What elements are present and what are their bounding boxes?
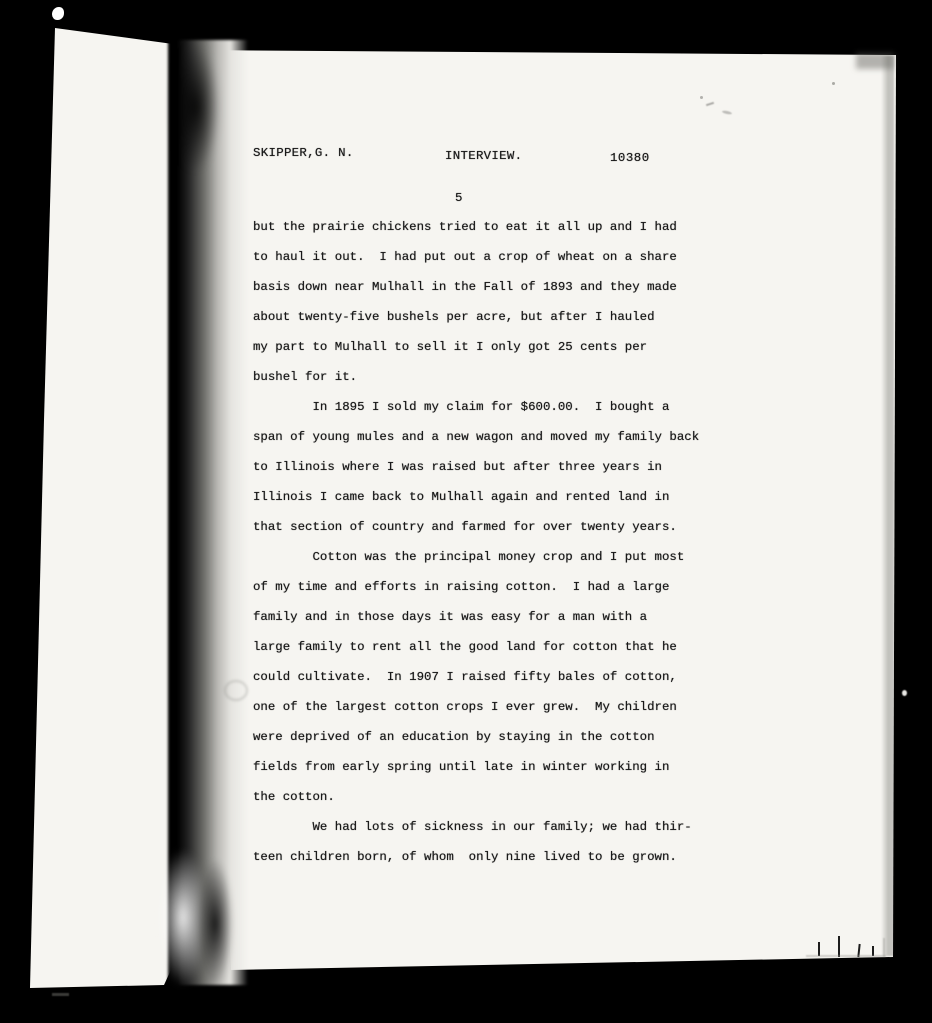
ring-smudge bbox=[224, 680, 248, 701]
film-speck bbox=[902, 690, 907, 696]
typewritten-line: Illinois I came back to Mulhall again an… bbox=[253, 482, 723, 512]
typewritten-line: to haul it out. I had put out a crop of … bbox=[253, 242, 723, 272]
typewritten-line: In 1895 I sold my claim for $600.00. I b… bbox=[253, 392, 723, 422]
spine-shadow-bottom bbox=[197, 860, 233, 988]
typewritten-line: could cultivate. In 1907 I raised fifty … bbox=[253, 662, 723, 692]
microfilm-scan-frame: SKIPPER,G. N. INTERVIEW. 10380 5 but the… bbox=[0, 0, 932, 1023]
typewritten-line: that section of country and farmed for o… bbox=[253, 512, 723, 542]
typewritten-line: my part to Mulhall to sell it I only got… bbox=[253, 332, 723, 362]
corner-smudge bbox=[856, 53, 894, 69]
edge-tick-mark bbox=[818, 942, 820, 956]
typewritten-line: the cotton. bbox=[253, 782, 723, 812]
typewritten-line: were deprived of an education by staying… bbox=[253, 722, 723, 752]
scan-dash bbox=[52, 993, 69, 996]
typewritten-line: bushel for it. bbox=[253, 362, 723, 392]
scan-dot bbox=[832, 82, 835, 85]
typewritten-line: to Illinois where I was raised but after… bbox=[253, 452, 723, 482]
typewritten-line: basis down near Mulhall in the Fall of 1… bbox=[253, 272, 723, 302]
header-doc-number: 10380 bbox=[610, 151, 650, 165]
edge-tick-mark bbox=[838, 936, 840, 957]
spine-shadow-top bbox=[170, 42, 220, 172]
book-spine-shadow bbox=[168, 40, 248, 985]
typewritten-line: family and in those days it was easy for… bbox=[253, 602, 723, 632]
typewritten-line: fields from early spring until late in w… bbox=[253, 752, 723, 782]
typewritten-line: teen children born, of whom only nine li… bbox=[253, 842, 723, 872]
header-interviewee: SKIPPER,G. N. bbox=[253, 146, 354, 160]
faint-pencil-mark bbox=[700, 96, 703, 99]
typewritten-line: large family to rent all the good land f… bbox=[253, 632, 723, 662]
page-number: 5 bbox=[455, 191, 462, 205]
page-right-edge-shadow bbox=[881, 56, 894, 956]
typewritten-line: but the prairie chickens tried to eat it… bbox=[253, 212, 723, 242]
typewritten-body: but the prairie chickens tried to eat it… bbox=[253, 212, 723, 872]
header-doc-type: INTERVIEW. bbox=[445, 149, 522, 163]
typewritten-line: We had lots of sickness in our family; w… bbox=[253, 812, 723, 842]
typewritten-line: of my time and efforts in raising cotton… bbox=[253, 572, 723, 602]
film-speck bbox=[52, 7, 64, 20]
typewritten-line: about twenty-five bushels per acre, but … bbox=[253, 302, 723, 332]
typewritten-line: span of young mules and a new wagon and … bbox=[253, 422, 723, 452]
typewritten-line: one of the largest cotton crops I ever g… bbox=[253, 692, 723, 722]
faint-bracket-mark bbox=[883, 938, 885, 957]
typewritten-line: Cotton was the principal money crop and … bbox=[253, 542, 723, 572]
faint-bracket-mark bbox=[806, 955, 886, 957]
